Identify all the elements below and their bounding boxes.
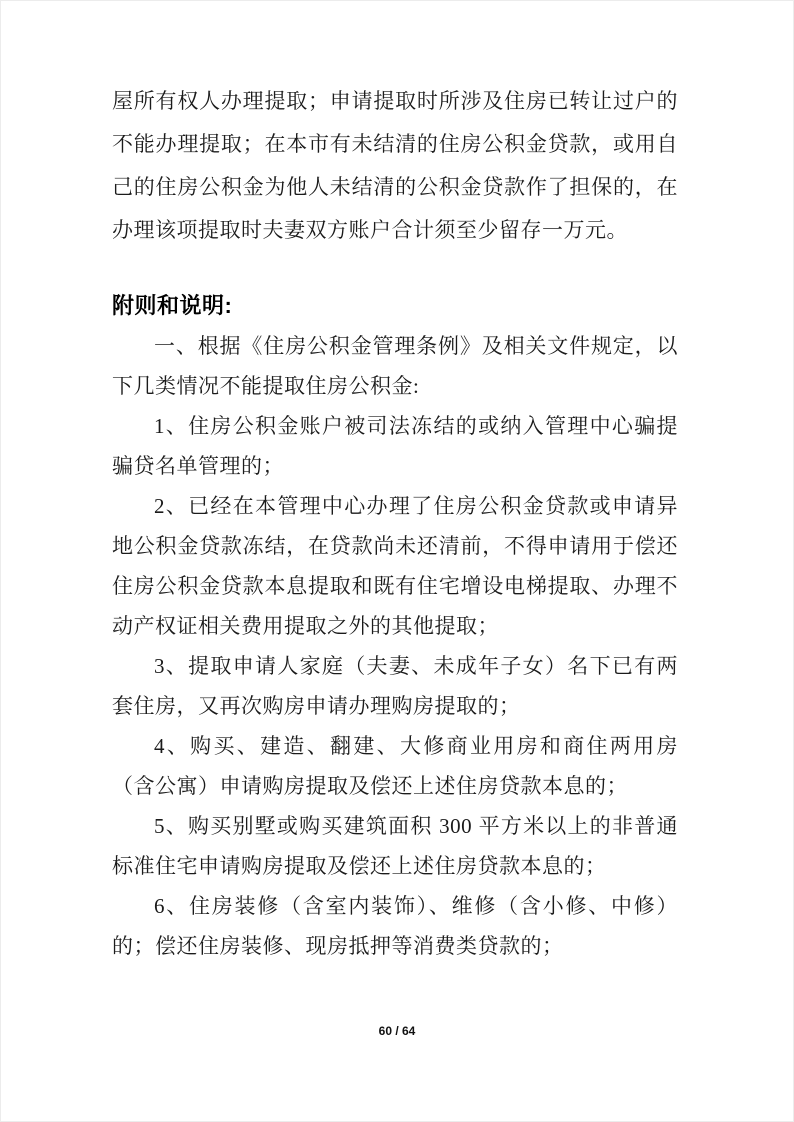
body-paragraph: 2、已经在本管理中心办理了住房公积金贷款或申请异地公积金贷款冻结，在贷款尚未还清… — [112, 486, 678, 646]
page-body-text: 屋所有权人办理提取；申请提取时所涉及住房已转让过户的不能办理提取；在本市有未结清… — [112, 80, 678, 966]
body-paragraph: 5、购买别墅或购买建筑面积 300 平方米以上的非普通标准住宅申请购房提取及偿还… — [112, 806, 678, 886]
body-paragraph: 3、提取申请人家庭（夫妻、未成年子女）名下已有两套住房，又再次购房申请办理购房提… — [112, 646, 678, 726]
body-paragraph: 一、根据《住房公积金管理条例》及相关文件规定，以下几类情况不能提取住房公积金: — [112, 326, 678, 406]
document-page: 屋所有权人办理提取；申请提取时所涉及住房已转让过户的不能办理提取；在本市有未结清… — [0, 0, 794, 1122]
body-paragraph: 1、住房公积金账户被司法冻结的或纳入管理中心骗提骗贷名单管理的； — [112, 406, 678, 486]
page-number: 60 / 64 — [1, 1024, 793, 1038]
body-paragraph: 6、住房装修（含室内装饰）、维修（含小修、中修）的；偿还住房装修、现房抵押等消费… — [112, 886, 678, 966]
continuation-paragraph: 屋所有权人办理提取；申请提取时所涉及住房已转让过户的不能办理提取；在本市有未结清… — [112, 80, 678, 252]
section-heading: 附则和说明: — [112, 286, 678, 326]
body-paragraph: 4、购买、建造、翻建、大修商业用房和商住两用房（含公寓）申请购房提取及偿还上述住… — [112, 726, 678, 806]
